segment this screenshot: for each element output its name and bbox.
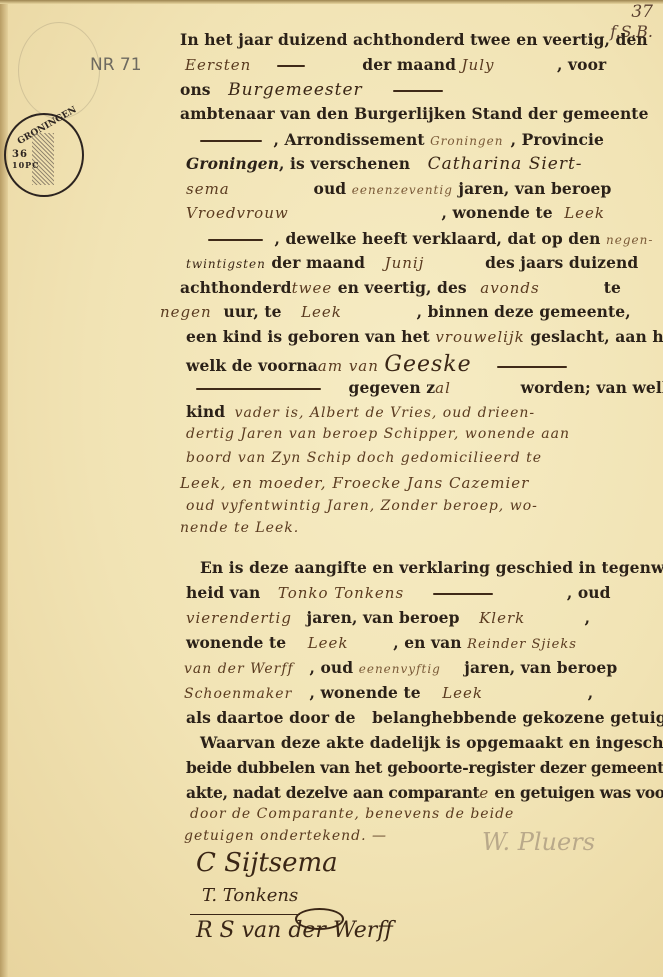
witness-line-8: Waarvan deze akte dadelijk is opgemaakt … [200,733,663,752]
line-14: welk de voornaam van Geeske [186,352,567,377]
witness-line-4: wonende te Leek , en van Reinder Sjieks [186,633,577,652]
witness-line-1: En is deze aangifte en verklaring geschi… [200,558,663,577]
line-21: nende te Leek. [180,520,299,536]
witness-line-6: Schoenmaker , wonende te Leek , [184,683,593,702]
line-12: negen uur, te Leek , binnen deze gemeent… [160,302,631,321]
line-10: twintigsten der maand Junij des jaars du… [186,253,638,272]
line-1: In het jaar duizend achthonderd twee en … [180,30,648,49]
line-8: Vroedvrouw , wonende te Leek [186,203,605,222]
witness-line-5: van der Werff , oud eenenvyftig jaren, v… [184,658,617,677]
witness-line-12: getuigen ondertekend. — [184,828,387,844]
line-3: ons Burgemeester [180,80,443,100]
line-18: boord van Zyn Schip doch gedomicilieerd … [186,450,542,466]
line-5: , Arrondissement Groningen , Provincie [200,130,604,149]
line-6: Groningen, is verschenen Catharina Siert… [186,154,583,174]
signature-underline [190,914,300,915]
line-19: Leek, en moeder, Froecke Jans Cazemier [180,474,529,492]
witness-line-7: als daartoe door de belanghebbende gekoz… [186,708,663,727]
line-9: , dewelke heeft verklaard, dat op den ne… [208,229,653,248]
faint-embossed-stamp [18,22,100,119]
page-number: 37 [610,2,653,22]
witness-line-2: heid van Tonko Tonkens , oud [186,583,611,602]
witness-line-11: door de Comparante, benevens de beide [190,806,514,822]
margin-note: NR 71 [90,55,142,75]
witness-line-3: vierendertig jaren, van beroep Klerk , [186,608,590,627]
line-2: Eersten der maand July , voor [185,55,606,74]
signature-comparant: C Sijtsema [196,848,338,878]
signature-official: W. Pluers [482,828,595,856]
signature-witness-2: R S van der Werff [196,918,393,943]
witness-line-10: akte, nadat dezelve aan comparante en ge… [186,783,663,802]
register-page: NR 71 GRONINGEN 36 10PC 37 f.S.B. In het… [0,0,663,977]
line-15: gegeven zal worden; van welk [196,378,663,397]
line-16: kind vader is, Albert de Vries, oud drie… [186,402,535,421]
signature-witness-1: T. Tonkens [202,885,298,906]
witness-line-9: beide dubbelen van het geboorte-register… [186,758,663,777]
groningen-stamp: GRONINGEN 36 10PC [4,113,84,197]
stamp-middle-text: 36 10PC [12,149,82,171]
page-edge-top [0,0,663,4]
line-7: sema oud eenenzeventig jaren, van beroep [186,179,611,198]
line-17: dertig Jaren van beroep Schipper, wonend… [186,426,570,442]
line-20: oud vyfentwintig Jaren, Zonder beroep, w… [186,498,538,514]
line-11: achthonderdtwee en veertig, des avonds t… [180,278,621,297]
line-4: ambtenaar van den Burgerlijken Stand der… [180,104,663,123]
line-13: een kind is geboren van het vrouwelijk g… [186,327,663,346]
